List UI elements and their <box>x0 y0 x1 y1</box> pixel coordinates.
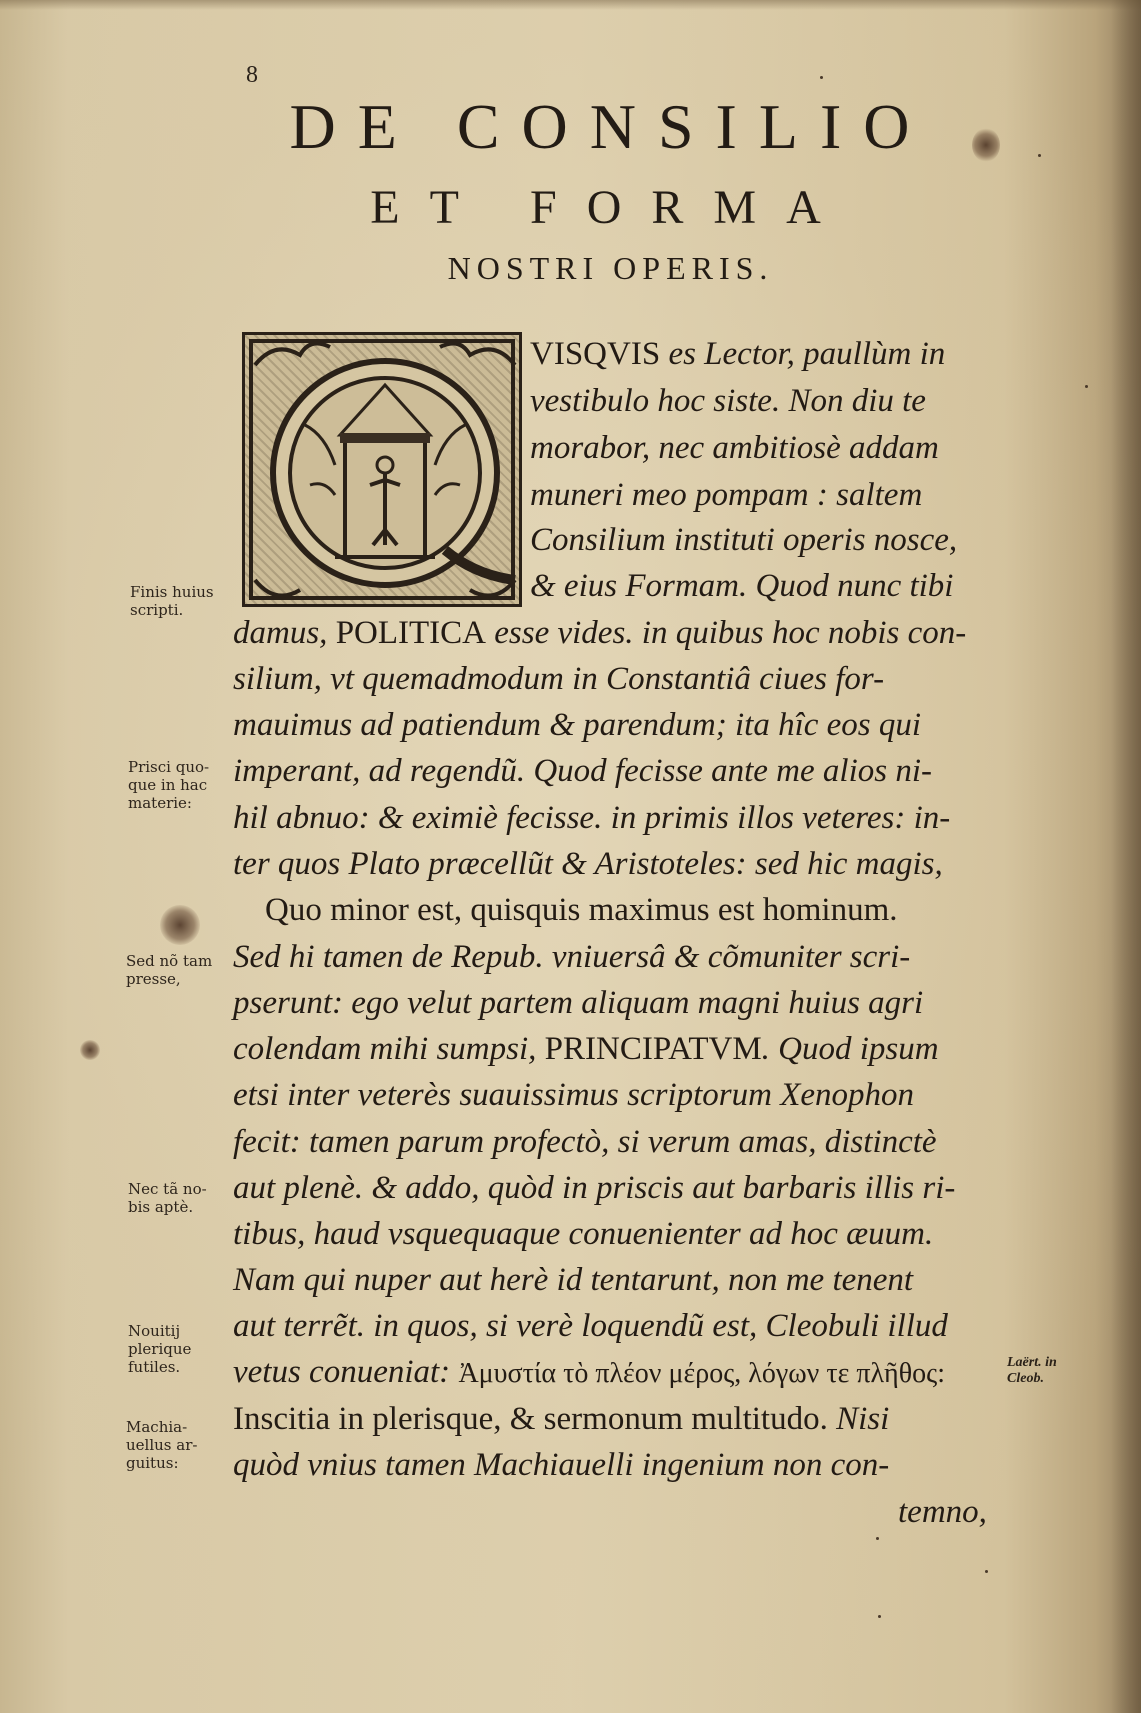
page-title-line-2: ET FORMA <box>40 180 1141 235</box>
body-line-6: & eius Formam. Quod nunc tibi <box>530 568 953 605</box>
body-line-7: damus, POLITICA esse vides. in quibus ho… <box>233 615 966 652</box>
body-line-10: imperant, ad regendũ. Quod fecisse ante … <box>233 753 932 790</box>
small-caps-text: PRINCIPATVM <box>545 1031 762 1067</box>
body-line-24: Inscitia in plerisque, & sermonum multit… <box>233 1401 889 1438</box>
body-text: Nisi <box>828 1401 889 1437</box>
book-page: 8 DE CONSILIO ET FORMA NOSTRI OPERIS. VI… <box>0 0 1141 1713</box>
body-line-11: hil abnuo: & eximiè fecisse. in primis i… <box>233 800 950 837</box>
catchword: temno, <box>898 1494 987 1531</box>
body-line-1: VISQVIS es Lector, paullùm in <box>530 336 945 373</box>
paper-speck <box>1085 385 1088 388</box>
latin-translation: Inscitia in plerisque, & sermonum multit… <box>233 1401 828 1437</box>
body-text: colendam mihi sumpsi, <box>233 1031 545 1067</box>
paper-speck <box>820 76 823 79</box>
margin-note-sed: Sed nõ tam presse, <box>126 952 212 988</box>
body-line-19: aut plenè. & addo, quòd in priscis aut b… <box>233 1170 955 1207</box>
body-text: vetus conueniat: <box>233 1354 458 1390</box>
body-text: es Lector, paullùm in <box>660 336 945 372</box>
paper-speck <box>1038 154 1041 157</box>
decorated-initial-q-icon <box>242 332 522 607</box>
body-line-14: Sed hi tamen de Repub. vniuersâ & cõmuni… <box>233 939 910 976</box>
body-line-22: aut terrẽt. in quos, si verè loquendũ es… <box>233 1308 948 1345</box>
body-text: . Quod ipsum <box>762 1031 939 1067</box>
body-text: damus, <box>233 615 336 651</box>
ink-blot <box>972 128 1000 162</box>
woodcut-ornament-icon <box>245 335 525 610</box>
ink-blot <box>160 905 200 945</box>
paper-speck <box>985 1570 988 1573</box>
body-line-3: morabor, nec ambitiosè addam <box>530 430 939 467</box>
paper-speck <box>876 1537 879 1540</box>
verse-quotation: Quo minor est, quisquis maximus est homi… <box>265 892 898 929</box>
body-line-5: Consilium instituti operis nosce, <box>530 522 957 559</box>
body-text: esse vides. in quibus hoc nobis con- <box>486 615 966 651</box>
body-line-21: Nam qui nuper aut herè id tentarunt, non… <box>233 1262 913 1299</box>
page-number: 8 <box>246 62 258 89</box>
body-line-18: fecit: tamen parum profectò, si verum am… <box>233 1124 937 1161</box>
body-line-15: pserunt: ego velut partem aliquam magni … <box>233 985 923 1022</box>
margin-note-nouitij: Nouitij plerique futiles. <box>128 1322 191 1376</box>
body-line-20: tibus, haud vsquequaque conuenienter ad … <box>233 1216 933 1253</box>
body-line-2: vestibulo hoc siste. Non diu te <box>530 383 926 420</box>
ink-blot <box>80 1040 100 1060</box>
drop-cap-continuation: VISQVIS <box>530 336 660 372</box>
body-line-9: mauimus ad patiendum & parendum; ita hîc… <box>233 707 921 744</box>
margin-note-finis: Finis huius scripti. <box>130 583 214 619</box>
body-line-12: ter quos Plato præcellũt & Aristoteles: … <box>233 846 943 883</box>
paper-speck <box>878 1615 881 1618</box>
body-line-8: silium, vt quemadmodum in Constantiâ ciu… <box>233 661 884 698</box>
margin-note-nec: Nec tã no- bis aptè. <box>128 1180 207 1216</box>
body-line-16: colendam mihi sumpsi, PRINCIPATVM. Quod … <box>233 1031 939 1068</box>
margin-note-machiauellus: Machia- uellus ar- guitus: <box>126 1418 197 1472</box>
margin-note-prisci: Prisci quo- que in hac materie: <box>128 758 209 812</box>
page-title-line-3: NOSTRI OPERIS. <box>40 250 1141 287</box>
body-line-25: quòd vnius tamen Machiauelli ingenium no… <box>233 1447 889 1484</box>
side-reference-laertius: Laërt. in Cleob. <box>1007 1355 1057 1387</box>
body-line-23: vetus conueniat: Ἀμυστία τὸ πλέον μέρος,… <box>233 1354 945 1391</box>
small-caps-text: POLITICA <box>336 615 486 651</box>
body-line-17: etsi inter veterès suauissimus scriptoru… <box>233 1077 914 1114</box>
greek-quotation: Ἀμυστία τὸ πλέον μέρος, λόγων τε πλῆθος: <box>458 1358 945 1389</box>
body-line-4: muneri meo pompam : saltem <box>530 477 922 514</box>
